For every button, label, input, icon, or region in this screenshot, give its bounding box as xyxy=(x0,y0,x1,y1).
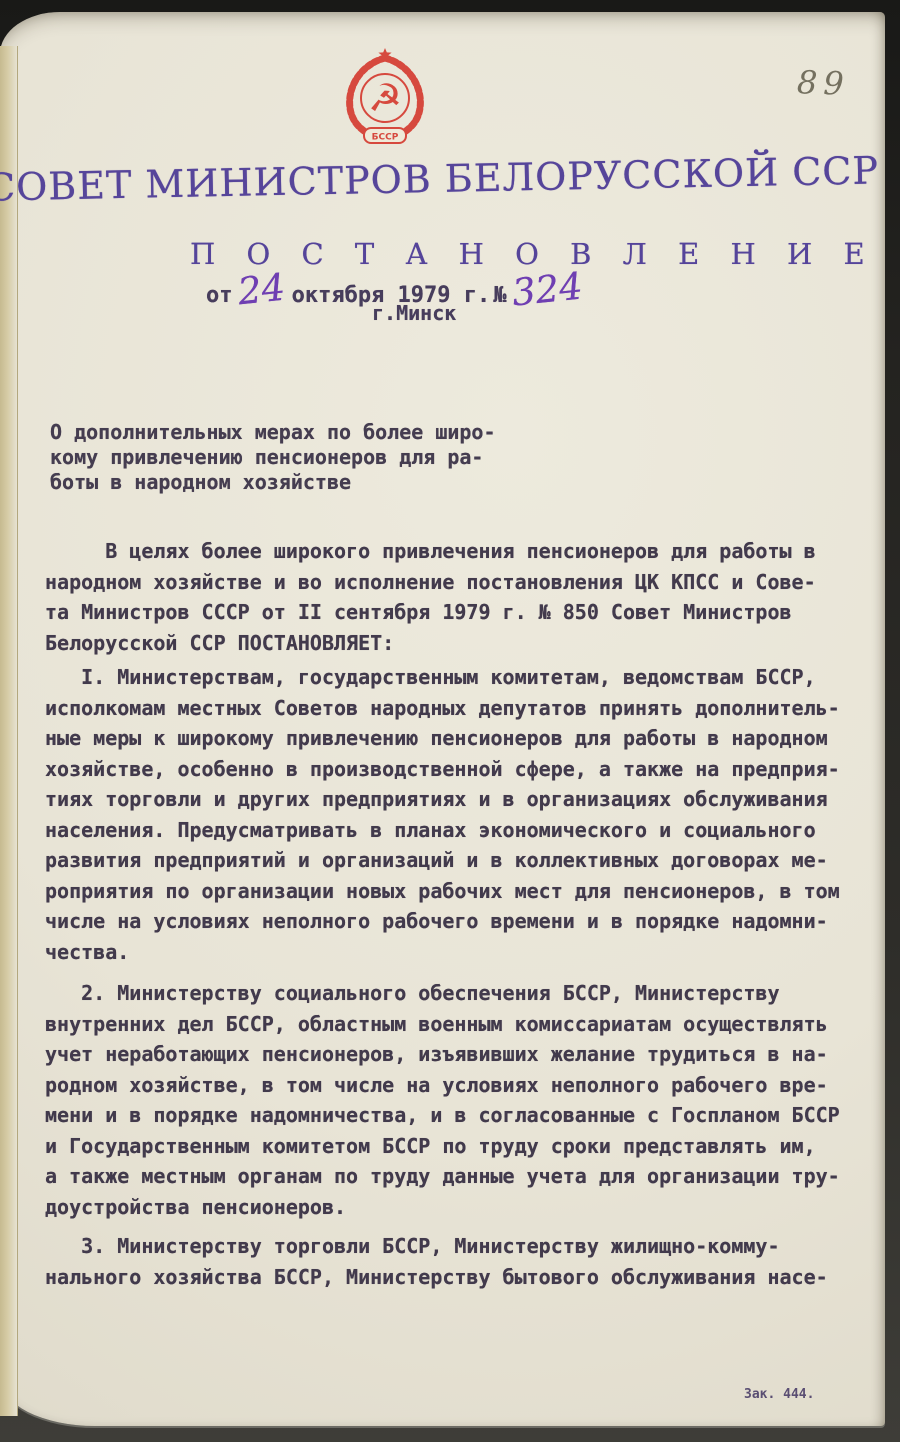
hammer-sickle-icon: ☭ xyxy=(368,76,402,120)
paragraph-intro: В целях более широкого привлечения пенси… xyxy=(45,536,816,658)
emblem-ribbon-text: БССР xyxy=(372,133,399,143)
emblem-svg: ☭ БССР xyxy=(334,48,436,146)
city-line: г.Минск xyxy=(372,301,456,325)
dateline-prefix: от xyxy=(206,283,233,308)
number-sign: № xyxy=(493,283,506,308)
subject-block: О дополнительных мерах по более широ- ко… xyxy=(50,420,496,495)
page-binding-edge xyxy=(0,46,18,1416)
handwritten-day: 24 xyxy=(235,266,286,314)
bssr-coat-of-arms-icon: ☭ БССР xyxy=(334,48,436,146)
scanned-document: 89 ☭ БССР СОВЕТ МИНИСТРОВ БЕЛОРУССКОЙ СС… xyxy=(0,0,900,1442)
page-number: 89 xyxy=(796,63,850,103)
document-type-heading: П О С Т А Н О В Л Е Н И Е xyxy=(190,237,876,271)
paragraph-item-3: 3. Министерству торговли БССР, Министерс… xyxy=(45,1231,828,1292)
print-order-reference: Зак. 444. xyxy=(744,1387,814,1402)
paragraph-item-1: I. Министерствам, государственным комите… xyxy=(45,662,840,967)
handwritten-number: 324 xyxy=(509,264,584,314)
paragraph-item-2: 2. Министерству социального обеспечения … xyxy=(45,978,840,1222)
